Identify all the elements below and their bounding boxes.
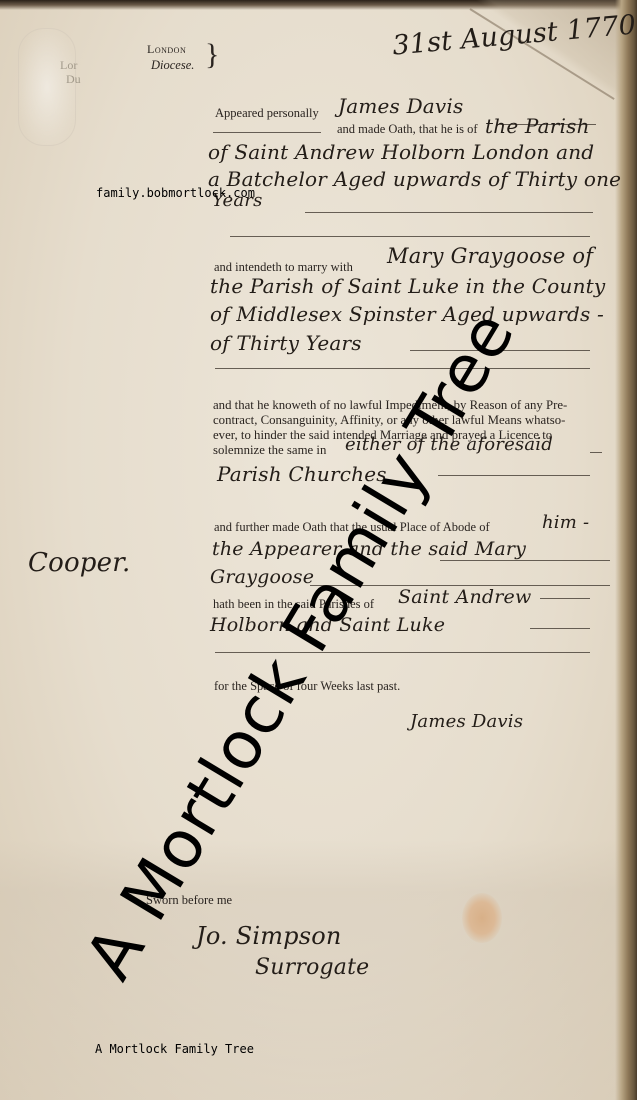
appearer-parish: the Parish (485, 114, 590, 138)
appearer-signature: James Davis (410, 711, 523, 732)
bride-details-line: of Middlesex Spinster Aged upwards - (210, 302, 604, 326)
margin-note: Cooper. (28, 548, 130, 578)
abode-him: him - (542, 512, 589, 533)
emboss-fragment: Lor (60, 58, 77, 73)
paper-stain (462, 893, 502, 943)
brace: } (205, 38, 219, 72)
blank-rule (438, 475, 590, 476)
blank-rule (213, 132, 321, 133)
impediment-text: and that he knoweth of no lawful Impedim… (213, 398, 567, 413)
diocese-label: London (147, 42, 186, 57)
blank-rule (305, 212, 593, 213)
bride-details-line: the Parish of Saint Luke in the County (210, 274, 605, 298)
impediment-text: solemnize the same in (213, 443, 326, 458)
appearer-details-line: a Batchelor Aged upwards of Thirty one (208, 167, 621, 191)
surrogate-title: Surrogate (255, 955, 369, 980)
scanned-document-page: Lor Du London Diocese. } 31st August 177… (0, 0, 637, 1100)
blank-rule (530, 628, 590, 629)
site-url-watermark: family.bobmortlock.com (96, 186, 255, 200)
abode-parish: Saint Andrew (398, 586, 531, 608)
surrogate-signature: Jo. Simpson (196, 922, 342, 950)
blank-rule (540, 598, 590, 599)
emboss-fragment: Du (66, 72, 81, 87)
blank-rule (590, 452, 602, 453)
bride-details-line: of Thirty Years (210, 331, 362, 355)
diocese-label-line2: Diocese. (151, 58, 194, 73)
oath-label: and made Oath, that he is of (337, 122, 478, 137)
bride-name: Mary Graygoose of (387, 244, 593, 268)
appearer-details-line: of Saint Andrew Holborn London and (208, 140, 594, 164)
embossed-seal (18, 28, 76, 146)
page-binding-edge (615, 0, 637, 1100)
blank-rule (440, 560, 610, 561)
intendeth-label: and intendeth to marry with (214, 260, 353, 275)
blank-rule (230, 236, 590, 237)
blank-rule (215, 368, 590, 369)
appearer-name: James Davis (338, 94, 463, 118)
footer-watermark: A Mortlock Family Tree (95, 1042, 254, 1056)
appeared-label: Appeared personally (215, 106, 319, 121)
